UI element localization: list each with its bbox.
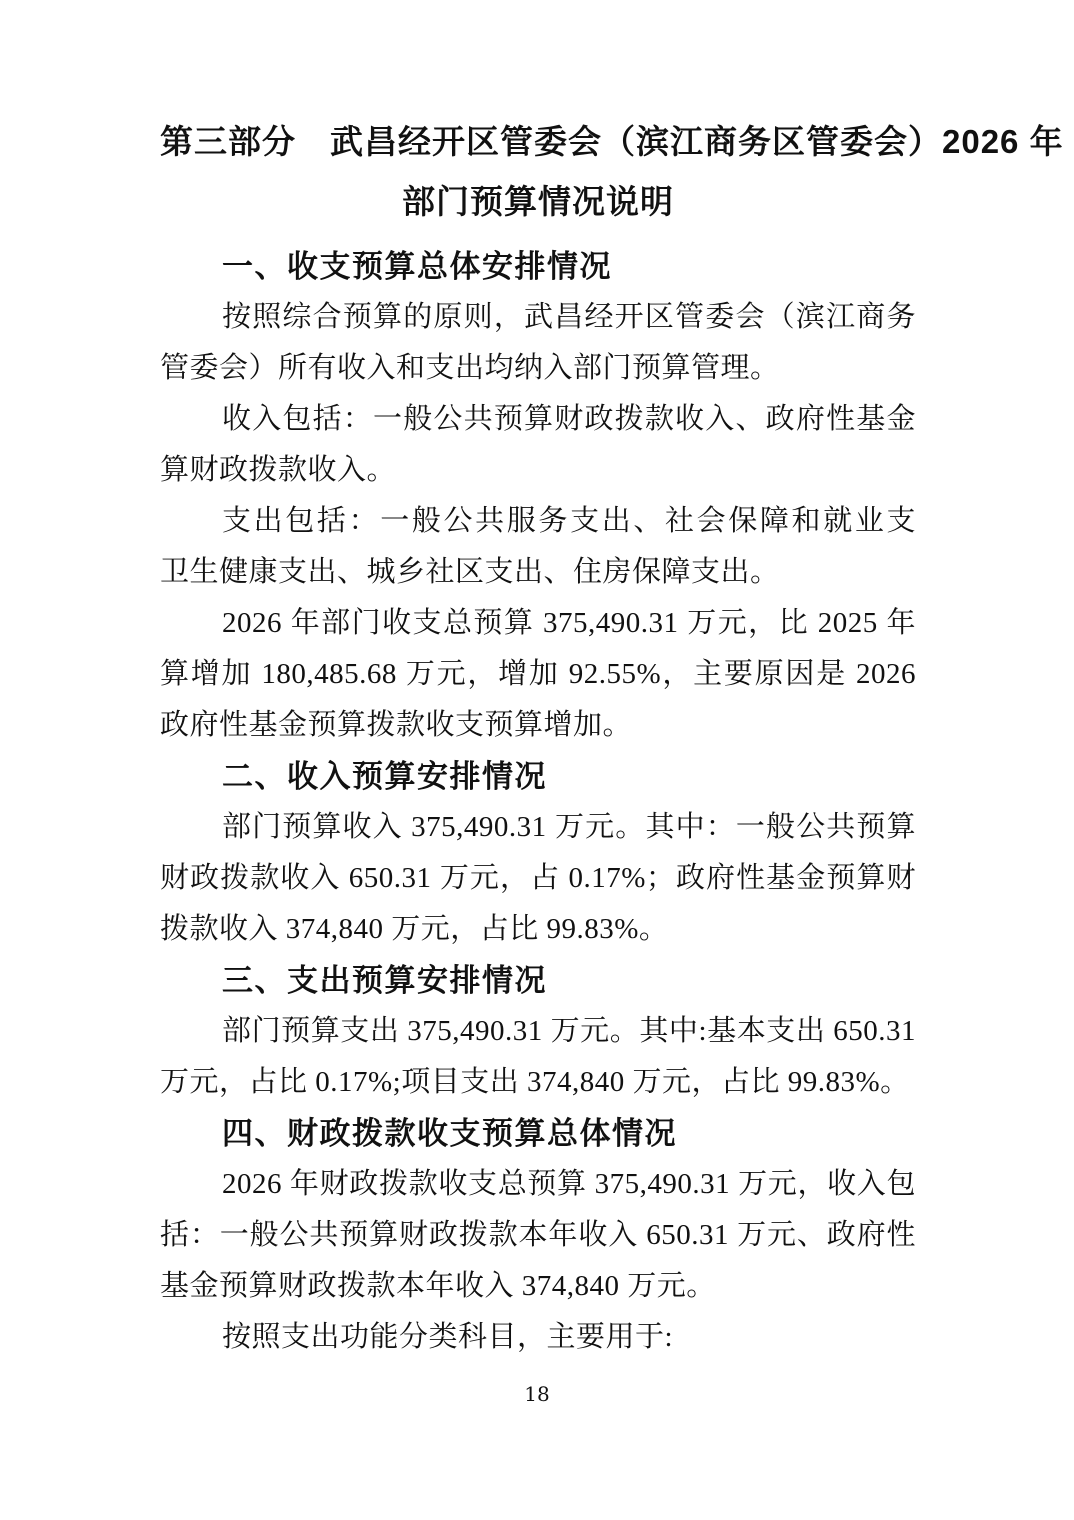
section-2-heading: 二、收入预算安排情况: [160, 751, 916, 802]
document-body: 一、收支预算总体安排情况 按照综合预算的原则，武昌经开区管委会（滨江商务区 管委…: [160, 241, 916, 1363]
document-content: 第三部分 武昌经开区管委会（滨江商务区管委会）2026 年 部门预算情况说明 一…: [160, 112, 916, 1363]
document-title-line-2: 部门预算情况说明: [160, 172, 916, 232]
paragraph-line: 财政拨款收入 650.31 万元，占 0.17%；政府性基金预算财政: [160, 853, 916, 904]
paragraph-line: 算财政拨款收入。: [160, 445, 916, 496]
paragraph-line: 政府性基金预算拨款收支预算增加。: [160, 700, 916, 751]
paragraph-line: 2026 年部门收支总预算 375,490.31 万元，比 2025 年预: [160, 598, 916, 649]
paragraph-line: 拨款收入 374,840 万元，占比 99.83%。: [160, 904, 916, 955]
paragraph-line: 基金预算财政拨款本年收入 374,840 万元。: [160, 1261, 916, 1312]
section-4-heading: 四、财政拨款收支预算总体情况: [160, 1108, 916, 1159]
paragraph-line: 部门预算收入 375,490.31 万元。其中：一般公共预算: [160, 802, 916, 853]
document-page: 第三部分 武昌经开区管委会（滨江商务区管委会）2026 年 部门预算情况说明 一…: [0, 0, 1074, 1520]
paragraph-line: 收入包括：一般公共预算财政拨款收入、政府性基金预: [160, 394, 916, 445]
paragraph-line: 支出包括：一般公共服务支出、社会保障和就业支出、: [160, 496, 916, 547]
paragraph-line: 按照支出功能分类科目，主要用于:: [160, 1312, 916, 1363]
paragraph-line: 括：一般公共预算财政拨款本年收入 650.31 万元、政府性: [160, 1210, 916, 1261]
paragraph-line: 部门预算支出 375,490.31 万元。其中:基本支出 650.31: [160, 1006, 916, 1057]
page-number: 18: [0, 1382, 1074, 1406]
paragraph-line: 管委会）所有收入和支出均纳入部门预算管理。: [160, 343, 916, 394]
section-3-heading: 三、支出预算安排情况: [160, 955, 916, 1006]
section-1-heading: 一、收支预算总体安排情况: [160, 241, 916, 292]
paragraph-line: 算增加 180,485.68 万元，增加 92.55%，主要原因是 2026 年: [160, 649, 916, 700]
paragraph-line: 按照综合预算的原则，武昌经开区管委会（滨江商务区: [160, 292, 916, 343]
paragraph-line: 2026 年财政拨款收支总预算 375,490.31 万元，收入包: [160, 1159, 916, 1210]
paragraph-line: 万元，占比 0.17%;项目支出 374,840 万元，占比 99.83%。: [160, 1057, 916, 1108]
document-title-line-1: 第三部分 武昌经开区管委会（滨江商务区管委会）2026 年: [160, 112, 916, 172]
paragraph-line: 卫生健康支出、城乡社区支出、住房保障支出。: [160, 547, 916, 598]
